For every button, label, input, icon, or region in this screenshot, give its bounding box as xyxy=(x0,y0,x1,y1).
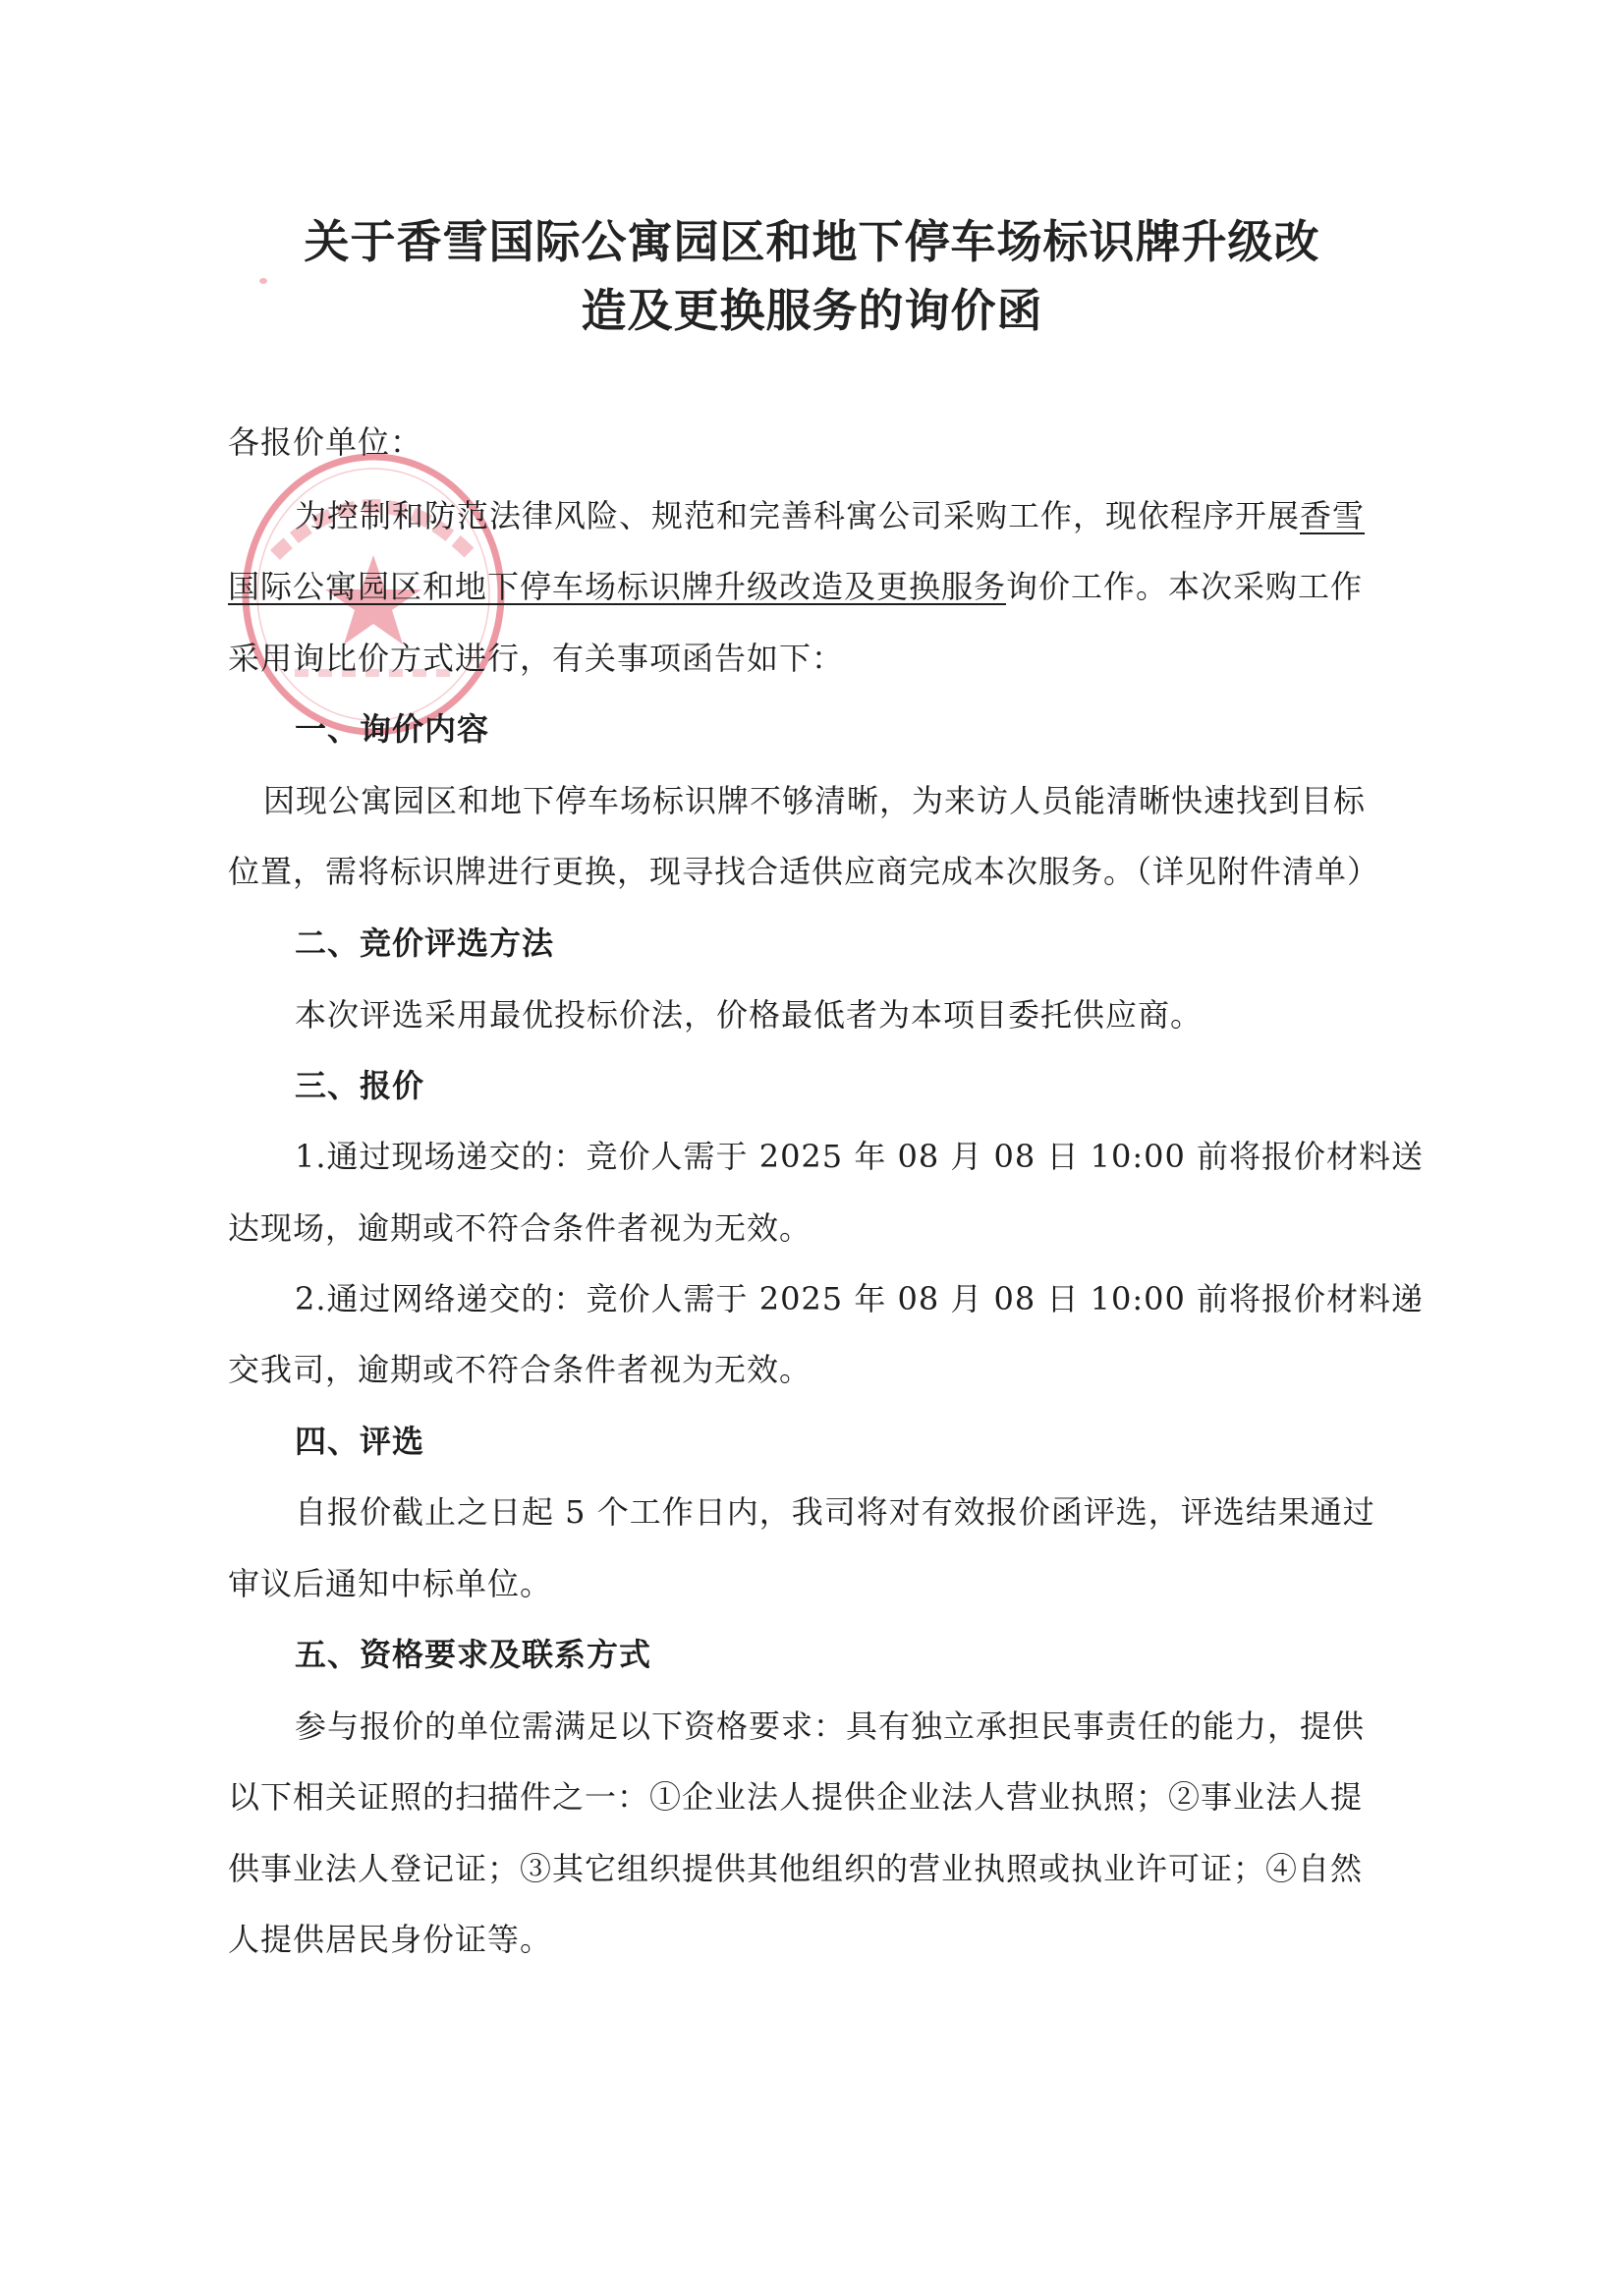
section-heading-3: 三、报价 xyxy=(295,1066,1442,1105)
section-heading-1: 一、询价内容 xyxy=(295,709,1442,749)
intro-line-1: 为控制和防范法律风险、规范和完善科寓公司采购工作，现依程序开展香雪 xyxy=(295,496,1442,535)
section-2-line-1: 本次评选采用最优投标价法，价格最低者为本项目委托供应商。 xyxy=(295,995,1442,1035)
section-4-line-1: 自报价截止之日起 5 个工作日内，我司将对有效报价函评选，评选结果通过 xyxy=(295,1492,1442,1532)
section-3-line-4: 交我司，逾期或不符合条件者视为无效。 xyxy=(228,1350,1375,1389)
section-heading-5: 五、资格要求及联系方式 xyxy=(295,1635,1442,1674)
section-3-line-2: 达现场，逾期或不符合条件者视为无效。 xyxy=(228,1208,1375,1248)
document-page: 关于香雪国际公寓园区和地下停车场标识牌升级改 造及更换服务的询价函 各报价单位：… xyxy=(0,0,1624,2295)
section-1-line-2: 位置，需将标识牌进行更换，现寻找合适供应商完成本次服务。（详见附件清单） xyxy=(228,852,1375,891)
intro-line-2: 国际公寓园区和地下停车场标识牌升级改造及更换服务询价工作。本次采购工作 xyxy=(228,567,1375,606)
section-3-line-3: 2.通过网络递交的：竞价人需于 2025 年 08 月 08 日 10:00 前… xyxy=(295,1279,1442,1318)
salutation: 各报价单位： xyxy=(228,422,1375,462)
intro-text: 询价工作。本次采购工作 xyxy=(1006,568,1363,605)
section-4-line-2: 审议后通知中标单位。 xyxy=(228,1564,1375,1603)
document-title-line-2: 造及更换服务的询价函 xyxy=(196,275,1428,340)
section-5-line-2: 以下相关证照的扫描件之一：①企业法人提供企业法人营业执照；②事业法人提 xyxy=(228,1777,1375,1817)
intro-line-3: 采用询比价方式进行，有关事项函告如下： xyxy=(228,639,1375,678)
section-heading-2: 二、竞价评选方法 xyxy=(295,924,1442,963)
project-name-underlined: 国际公寓园区和地下停车场标识牌升级改造及更换服务 xyxy=(228,568,1006,605)
section-5-line-3: 供事业法人登记证；③其它组织提供其他组织的营业执照或执业许可证；④自然 xyxy=(228,1849,1375,1888)
document-title-line-1: 关于香雪国际公寓园区和地下停车场标识牌升级改 xyxy=(196,206,1428,271)
section-5-line-1: 参与报价的单位需满足以下资格要求：具有独立承担民事责任的能力，提供 xyxy=(295,1707,1442,1746)
intro-text: 为控制和防范法律风险、规范和完善科寓公司采购工作，现依程序开展 xyxy=(295,497,1300,534)
project-name-underlined: 香雪 xyxy=(1300,497,1365,534)
section-3-line-1: 1.通过现场递交的：竞价人需于 2025 年 08 月 08 日 10:00 前… xyxy=(295,1137,1442,1176)
section-heading-4: 四、评选 xyxy=(295,1422,1442,1461)
section-1-line-1: 因现公寓园区和地下停车场标识牌不够清晰，为来访人员能清晰快速找到目标 xyxy=(263,781,1411,820)
section-5-line-4: 人提供居民身份证等。 xyxy=(228,1920,1375,1959)
